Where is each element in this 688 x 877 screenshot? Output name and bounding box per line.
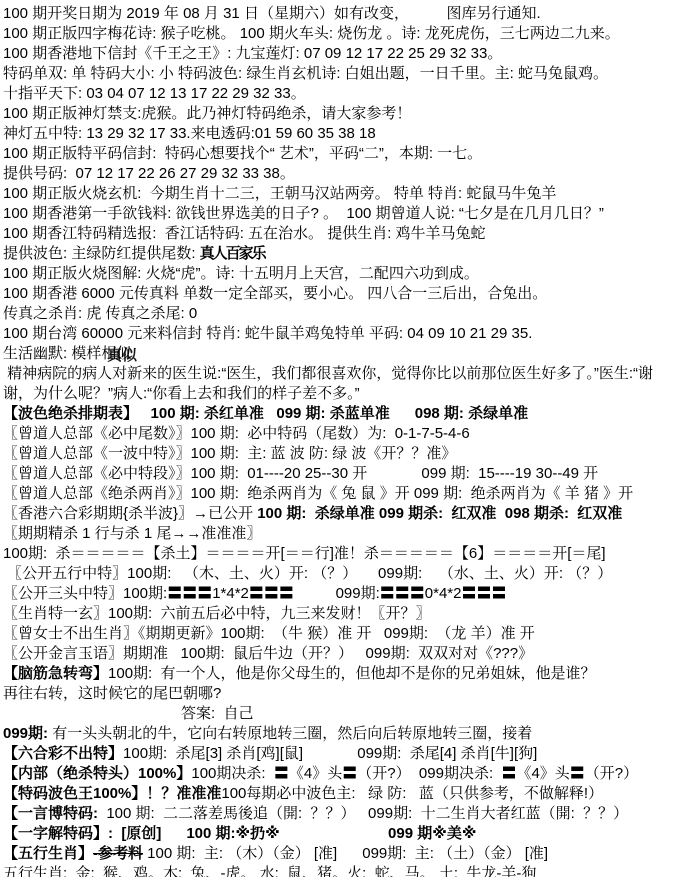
text-segment: 〖曾道人总部《必中特段》〗100 期: 01----20 25--30 开 09… — [3, 465, 598, 482]
text-segment: 〖曾女士不出生肖〗《期期更新》100期: （牛 猴）准 开 099期: （龙 羊… — [3, 625, 535, 642]
text-line: 提供波色: 主绿防红提供尾数: 真人百家乐 — [3, 244, 686, 264]
text-line: 100 期香港第一手欲钱料: 欲钱世界选美的日子? 。 100 期曾道人说: “… — [3, 204, 686, 224]
text-line: 100 期香江特码精选报: 香江话特码: 五在治水。 提供生肖: 鸡牛羊马兔蛇 — [3, 224, 686, 244]
text-line: 生活幽默: 模样相似真似 — [3, 344, 686, 364]
text-segment: 100期: 有一个人，他是你父母生的，但他却不是你的兄弟姐妹，他是谁？ — [108, 665, 596, 682]
text-segment: 100期决杀: 〓《4》头〓（开?） 099期决杀: 〓《4》头〓（开?） — [191, 765, 638, 782]
text-segment — [280, 825, 388, 842]
text-line: 100 期香港地下信封《千王之王》: 九宝莲灯: 07 09 12 17 22 … — [3, 44, 686, 64]
text-line: 〖曾道人总部《必中特段》〗100 期: 01----20 25--30 开 09… — [3, 464, 686, 484]
text-segment: 〖期期精杀 1 行与杀 1 尾→→准准准〗 — [3, 525, 261, 542]
text-line: 【内部（绝杀特头）100%】100期决杀: 〓《4》头〓（开?） 099期决杀:… — [3, 764, 686, 784]
text-segment: 100 期正版神灯禁支:虎猴。此乃神灯特码绝杀，请大家参考！ — [3, 105, 411, 122]
text-line: 100 期正版神灯禁支:虎猴。此乃神灯特码绝杀，请大家参考！ — [3, 104, 686, 124]
text-segment: 特码单双: 单 特码大小: 小 特码波色: 绿生肖玄机诗: 白姐出题，一日千里。… — [3, 65, 608, 82]
text-segment: 100 期: 主: （木）（金） [准] 099期: 主: （土）（金） [准] — [143, 845, 548, 862]
text-segment: 〖公开金言玉语〗期期准 100期: 鼠后牛边（开？） 099期: 双双对对《??… — [3, 645, 533, 662]
text-line: 〖曾道人总部《必中尾数》〗100 期: 必中特码（尾数）为: 0-1-7-5-4… — [3, 424, 686, 444]
text-segment: 〖公开三头中特〗100期:〓〓〓1*4*2〓〓〓 099期:〓〓〓0*4*2〓〓… — [3, 585, 506, 602]
text-segment: 100 期: 二二落差馬後追（開: ？？） 099期: 十二生肖大者红蓝（開: … — [102, 805, 628, 822]
text-line: 再往右转，这时候它的尾巴朝哪? — [3, 684, 686, 704]
text-line: 〖公开金言玉语〗期期准 100期: 鼠后牛边（开？） 099期: 双双对对《??… — [3, 644, 686, 664]
text-line: 〖曾道人总部《绝杀两肖》〗100 期: 绝杀两肖为《 兔 鼠 》开 099 期:… — [3, 484, 686, 504]
text-line: 〖曾女士不出生肖〗《期期更新》100期: （牛 猴）准 开 099期: （龙 羊… — [3, 624, 686, 644]
text-segment: 答案: 自己 — [181, 705, 254, 722]
text-line: 【脑筋急转弯】100期: 有一个人，他是你父母生的，但他却不是你的兄弟姐妹，他是… — [3, 664, 686, 684]
text-line: 答案: 自己 — [3, 704, 686, 724]
text-segment: 100期: 杀＝＝＝＝＝【杀土】＝＝＝＝开[＝＝行]准！杀＝＝＝＝＝【6】＝＝＝… — [3, 545, 606, 562]
text-segment: 谢，为什么呢？”病人:“你看上去和我们的样子差不多。” — [3, 385, 360, 402]
text-line: 十指平天下: 03 04 07 12 13 17 22 29 32 33。 — [3, 84, 686, 104]
text-line: 〖曾道人总部《一波中特》〗100 期: 主: 蓝 波 防: 绿 波《开？？准》 — [3, 444, 686, 464]
text-line: 特码单双: 单 特码大小: 小 特码波色: 绿生肖玄机诗: 白姐出题，一日千里。… — [3, 64, 686, 84]
text-line: 100 期正版四字梅花诗: 猴子吃桃。 100 期火车头: 烧伤龙 。诗: 龙死… — [3, 24, 686, 44]
text-segment: 再往右转，这时候它的尾巴朝哪? — [3, 685, 221, 702]
text-line: 100 期正版火烧图解: 火烧“虎”。诗: 十五明月上天宫，二配四六功到成。 — [3, 264, 686, 284]
text-segment: 【特码波色王100%】！？准准准 — [3, 785, 221, 802]
text-segment: 精神病院的病人对新来的医生说:“医生，我们都很喜欢你，觉得你比以前那位医生好多了… — [3, 365, 653, 382]
text-segment: 十指平天下: 03 04 07 12 13 17 22 29 32 33。 — [3, 85, 306, 102]
text-line: 精神病院的病人对新来的医生说:“医生，我们都很喜欢你，觉得你比以前那位医生好多了… — [3, 364, 686, 384]
text-segment: 100 期开奖日期为 2019 年 08 月 31 日（星期六）如有改变， 图库… — [3, 5, 541, 22]
text-line: 五行生肖: 金: 猴、鸡。木: 兔、-虎。 水: 鼠、猪。火: 蛇、马。 土: … — [3, 864, 686, 877]
text-line: 100 期台湾 60000 元来料信封 特肖: 蛇牛鼠羊鸡兔特单 平码: 04 … — [3, 324, 686, 344]
tip-sheet-document: 100 期开奖日期为 2019 年 08 月 31 日（星期六）如有改变， 图库… — [0, 0, 688, 877]
text-segment: 100 期香港第一手欲钱料: 欲钱世界选美的日子? 。 100 期曾道人说: “… — [3, 205, 604, 222]
text-line: 谢，为什么呢？”病人:“你看上去和我们的样子差不多。” — [3, 384, 686, 404]
text-segment: 有一头头朝北的牛，它向右转原地转三圈，然后向后转原地转三圈，接着 — [52, 725, 532, 742]
text-segment: 五行生肖: 金: 猴、鸡。木: 兔、-虎。 水: 鼠、猪。火: 蛇、马。 土: … — [3, 865, 536, 877]
text-line: 神灯五中特: 13 29 32 17 33.来电透码:01 59 60 35 3… — [3, 124, 686, 144]
text-segment: 〖曾道人总部《绝杀两肖》〗100 期: 绝杀两肖为《 兔 鼠 》开 099 期:… — [3, 485, 633, 502]
text-line: 100 期开奖日期为 2019 年 08 月 31 日（星期六）如有改变， 图库… — [3, 4, 686, 24]
text-segment: 100期: 杀尾[3] 杀肖[鸡][鼠] 099期: 杀尾[4] 杀肖[牛][狗… — [123, 745, 537, 762]
text-segment: 〖曾道人总部《一波中特》〗100 期: 主: 蓝 波 防: 绿 波《开？？准》 — [3, 445, 456, 462]
text-segment: 100 期正版四字梅花诗: 猴子吃桃。 100 期火车头: 烧伤龙 。诗: 龙死… — [3, 25, 620, 42]
text-line: 099期: 有一头头朝北的牛，它向右转原地转三圈，然后向后转原地转三圈，接着 — [3, 724, 686, 744]
text-segment: 〖曾道人总部《必中尾数》〗100 期: 必中特码（尾数）为: 0-1-7-5-4… — [3, 425, 470, 442]
text-segment: 100 期正版火烧玄机: 今期生肖十二三，王朝马汉站两旁。 特单 特肖: 蛇鼠马… — [3, 185, 556, 202]
text-line: 【一言博特码: 100 期: 二二落差馬後追（開: ？？） 099期: 十二生肖… — [3, 804, 686, 824]
text-line: 100 期正版火烧玄机: 今期生肖十二三，王朝马汉站两旁。 特单 特肖: 蛇鼠马… — [3, 184, 686, 204]
text-segment: 提供号码: 07 12 17 22 26 27 29 32 33 38。 — [3, 165, 295, 182]
text-line: 【五行生肖】-参考料 100 期: 主: （木）（金） [准] 099期: 主:… — [3, 844, 686, 864]
text-segment: 100 期香江特码精选报: 香江话特码: 五在治水。 提供生肖: 鸡牛羊马兔蛇 — [3, 225, 486, 242]
text-segment: 【内部（绝杀特头）100%】 — [3, 765, 191, 782]
text-line: 100期: 杀＝＝＝＝＝【杀土】＝＝＝＝开[＝＝行]准！杀＝＝＝＝＝【6】＝＝＝… — [3, 544, 686, 564]
text-segment: -参考料 — [93, 845, 143, 862]
text-line: 【特码波色王100%】！？准准准100每期必中波色主: 绿 防: 蓝（只供参考，… — [3, 784, 686, 804]
text-segment: 100 期香港 6000 元传真料 单数一定全部买，要小心。 四八合一三后出，合… — [3, 285, 547, 302]
text-segment: 099期: — [3, 725, 52, 742]
text-line: 〖公开五行中特〗100期: （木、土、火）开: （？） 099期: （水、土、火… — [3, 564, 686, 584]
text-line: 提供号码: 07 12 17 22 26 27 29 32 33 38。 — [3, 164, 686, 184]
text-segment: 提供波色: 主绿防红提供尾数: — [3, 245, 200, 262]
text-segment: 【脑筋急转弯】 — [3, 665, 108, 682]
text-segment: 【一言博特码: — [3, 805, 102, 822]
text-segment: 〖生肖特一玄〗100期: 六前五后必中特，九三来发财！〖开？〗 — [3, 605, 431, 622]
text-segment: 〖公开五行中特〗100期: （木、土、火）开: （？） 099期: （水、土、火… — [3, 565, 612, 582]
text-segment: 100 期正版火烧图解: 火烧“虎”。诗: 十五明月上天宫，二配四六功到成。 — [3, 265, 479, 282]
text-line: 〖香港六合彩期期{杀半波}〗→已公开 100 期: 杀绿单准 099 期杀: 红… — [3, 504, 686, 524]
text-line: 〖生肖特一玄〗100期: 六前五后必中特，九三来发财！〖开？〗 — [3, 604, 686, 624]
text-segment: 100 期香港地下信封《千王之王》: 九宝莲灯: 07 09 12 17 22 … — [3, 45, 502, 62]
text-segment: 【一字解特码】: [原创] 100 期:※扔※ — [3, 825, 280, 842]
text-line: 【一字解特码】: [原创] 100 期:※扔※ 099 期※美※ — [3, 824, 686, 844]
text-line: 100 期正版特平码信封: 特码心想要找个“ 艺术”，平码“二”，本期: 一七。 — [3, 144, 686, 164]
text-segment: 〖香港六合彩期期{杀半波}〗→已公开 — [3, 505, 257, 522]
text-segment: 100 期正版特平码信封: 特码心想要找个“ 艺术”，平码“二”，本期: 一七。 — [3, 145, 482, 162]
text-segment: 100每期必中波色主: 绿 防: 蓝（只供参考，不做解释!） — [221, 785, 603, 802]
text-segment: 【五行生肖】 — [3, 845, 93, 862]
text-line: 〖期期精杀 1 行与杀 1 尾→→准准准〗 — [3, 524, 686, 544]
text-segment: 099 期※美※ — [388, 825, 476, 842]
text-segment: 100 期: 杀绿单准 099 期杀: 红双准 098 期杀: 红双准 — [257, 505, 622, 522]
text-segment: 传真之杀肖: 虎 传真之杀尾: 0 — [3, 305, 197, 322]
text-segment: 100 期台湾 60000 元来料信封 特肖: 蛇牛鼠羊鸡兔特单 平码: 04 … — [3, 325, 532, 342]
overprint-text: 真似 — [107, 346, 137, 366]
text-segment: 神灯五中特: 13 29 32 17 33.来电透码:01 59 60 35 3… — [3, 125, 376, 142]
text-line: 【六合彩不出特】100期: 杀尾[3] 杀肖[鸡][鼠] 099期: 杀尾[4]… — [3, 744, 686, 764]
text-line: 100 期香港 6000 元传真料 单数一定全部买，要小心。 四八合一三后出，合… — [3, 284, 686, 304]
text-line: 〖公开三头中特〗100期:〓〓〓1*4*2〓〓〓 099期:〓〓〓0*4*2〓〓… — [3, 584, 686, 604]
overprint-text: 真人百家乐 — [200, 245, 265, 262]
text-segment: 【波色绝杀排期表】 100 期: 杀红单准 099 期: 杀蓝单准 098 期:… — [3, 405, 528, 422]
text-line: 传真之杀肖: 虎 传真之杀尾: 0 — [3, 304, 686, 324]
text-line: 【波色绝杀排期表】 100 期: 杀红单准 099 期: 杀蓝单准 098 期:… — [3, 404, 686, 424]
text-segment: 【六合彩不出特】 — [3, 745, 123, 762]
